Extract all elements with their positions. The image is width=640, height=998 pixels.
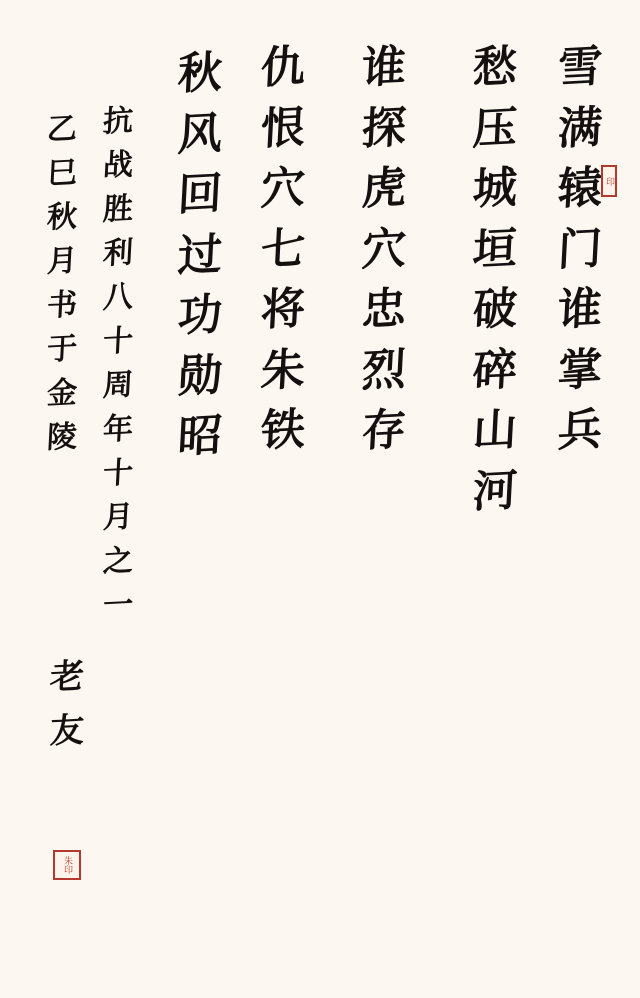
calligraphy-character: 恨 — [259, 97, 306, 160]
calligraphy-character: 乙 — [46, 107, 78, 153]
calligraphy-character: 满 — [556, 97, 603, 160]
calligraphy-character: 兵 — [556, 400, 603, 463]
calligraphy-character: 老 — [49, 649, 86, 705]
calligraphy-character: 风 — [176, 103, 223, 166]
calligraphy-character: 谁 — [556, 279, 603, 342]
calligraphy-character: 河 — [471, 460, 518, 523]
calligraphy-character: 于 — [46, 327, 78, 373]
calligraphy-character: 一 — [102, 583, 134, 629]
calligraphy-character: 辕 — [556, 158, 603, 221]
calligraphy-character: 利 — [102, 231, 134, 277]
calligraphy-character: 谁 — [360, 37, 407, 100]
calligraphy-character: 勋 — [176, 345, 223, 408]
seal-top-right: 印 — [601, 165, 617, 197]
calligraphy-character: 书 — [46, 283, 78, 329]
calligraphy-character: 烈 — [360, 339, 407, 402]
calligraphy-character: 雪 — [556, 37, 603, 100]
poem-column-1: 雪满辕门谁掌兵 — [552, 38, 608, 462]
calligraphy-character: 之 — [102, 539, 134, 585]
calligraphy-character: 破 — [471, 279, 518, 342]
calligraphy-character: 金 — [46, 371, 78, 417]
calligraphy-character: 胜 — [102, 187, 134, 233]
calligraphy-character: 月 — [46, 239, 78, 285]
calligraphy-character: 友 — [49, 703, 86, 759]
calligraphy-character: 周 — [102, 363, 134, 409]
calligraphy-character: 虎 — [360, 158, 407, 221]
calligraphy-character: 秋 — [176, 43, 223, 106]
poem-column-3: 谁探虎穴忠烈存 — [356, 38, 412, 462]
inscription-column-2: 乙巳秋月书于金陵 — [42, 108, 82, 460]
poem-column-4: 仇恨穴七将朱铁 — [255, 38, 311, 462]
calligraphy-character: 八 — [102, 275, 134, 321]
calligraphy-character: 愁 — [471, 37, 518, 100]
seal-bottom-left: 朱印 — [53, 850, 81, 880]
calligraphy-character: 碎 — [471, 339, 518, 402]
calligraphy-character: 垣 — [471, 218, 518, 281]
calligraphy-character: 十 — [102, 451, 134, 497]
calligraphy-character: 昭 — [176, 406, 223, 469]
poem-column-2: 愁压城垣破碎山河 — [467, 38, 523, 522]
calligraphy-character: 战 — [102, 143, 134, 189]
inscription-column-1: 抗战胜利八十周年十月之一 — [98, 100, 138, 628]
calligraphy-character: 穴 — [360, 218, 407, 281]
calligraphy-character: 朱 — [259, 339, 306, 402]
calligraphy-character: 将 — [259, 279, 306, 342]
calligraphy-character: 十 — [102, 319, 134, 365]
calligraphy-character: 掌 — [556, 339, 603, 402]
calligraphy-character: 存 — [360, 400, 407, 463]
calligraphy-character: 穴 — [259, 158, 306, 221]
calligraphy-character: 七 — [259, 218, 306, 281]
calligraphy-character: 陵 — [46, 415, 78, 461]
calligraphy-character: 铁 — [259, 400, 306, 463]
calligraphy-character: 功 — [176, 285, 223, 348]
poem-column-5: 秋风回过功勋昭 — [172, 44, 228, 468]
calligraphy-character: 抗 — [102, 99, 134, 145]
calligraphy-character: 探 — [360, 97, 407, 160]
calligraphy-character: 巳 — [46, 151, 78, 197]
calligraphy-character: 年 — [102, 407, 134, 453]
calligraphy-character: 门 — [556, 218, 603, 281]
calligraphy-scroll: 雪满辕门谁掌兵 愁压城垣破碎山河 谁探虎穴忠烈存 仇恨穴七将朱铁 秋风回过功勋昭… — [0, 0, 640, 998]
calligraphy-character: 秋 — [46, 195, 78, 241]
calligraphy-character: 月 — [102, 495, 134, 541]
calligraphy-character: 山 — [471, 400, 518, 463]
calligraphy-character: 忠 — [360, 279, 407, 342]
calligraphy-character: 压 — [471, 97, 518, 160]
signature: 老友 — [47, 650, 87, 758]
calligraphy-character: 过 — [176, 224, 223, 287]
calligraphy-character: 城 — [471, 158, 518, 221]
calligraphy-character: 仇 — [259, 37, 306, 100]
calligraphy-character: 回 — [176, 164, 223, 227]
